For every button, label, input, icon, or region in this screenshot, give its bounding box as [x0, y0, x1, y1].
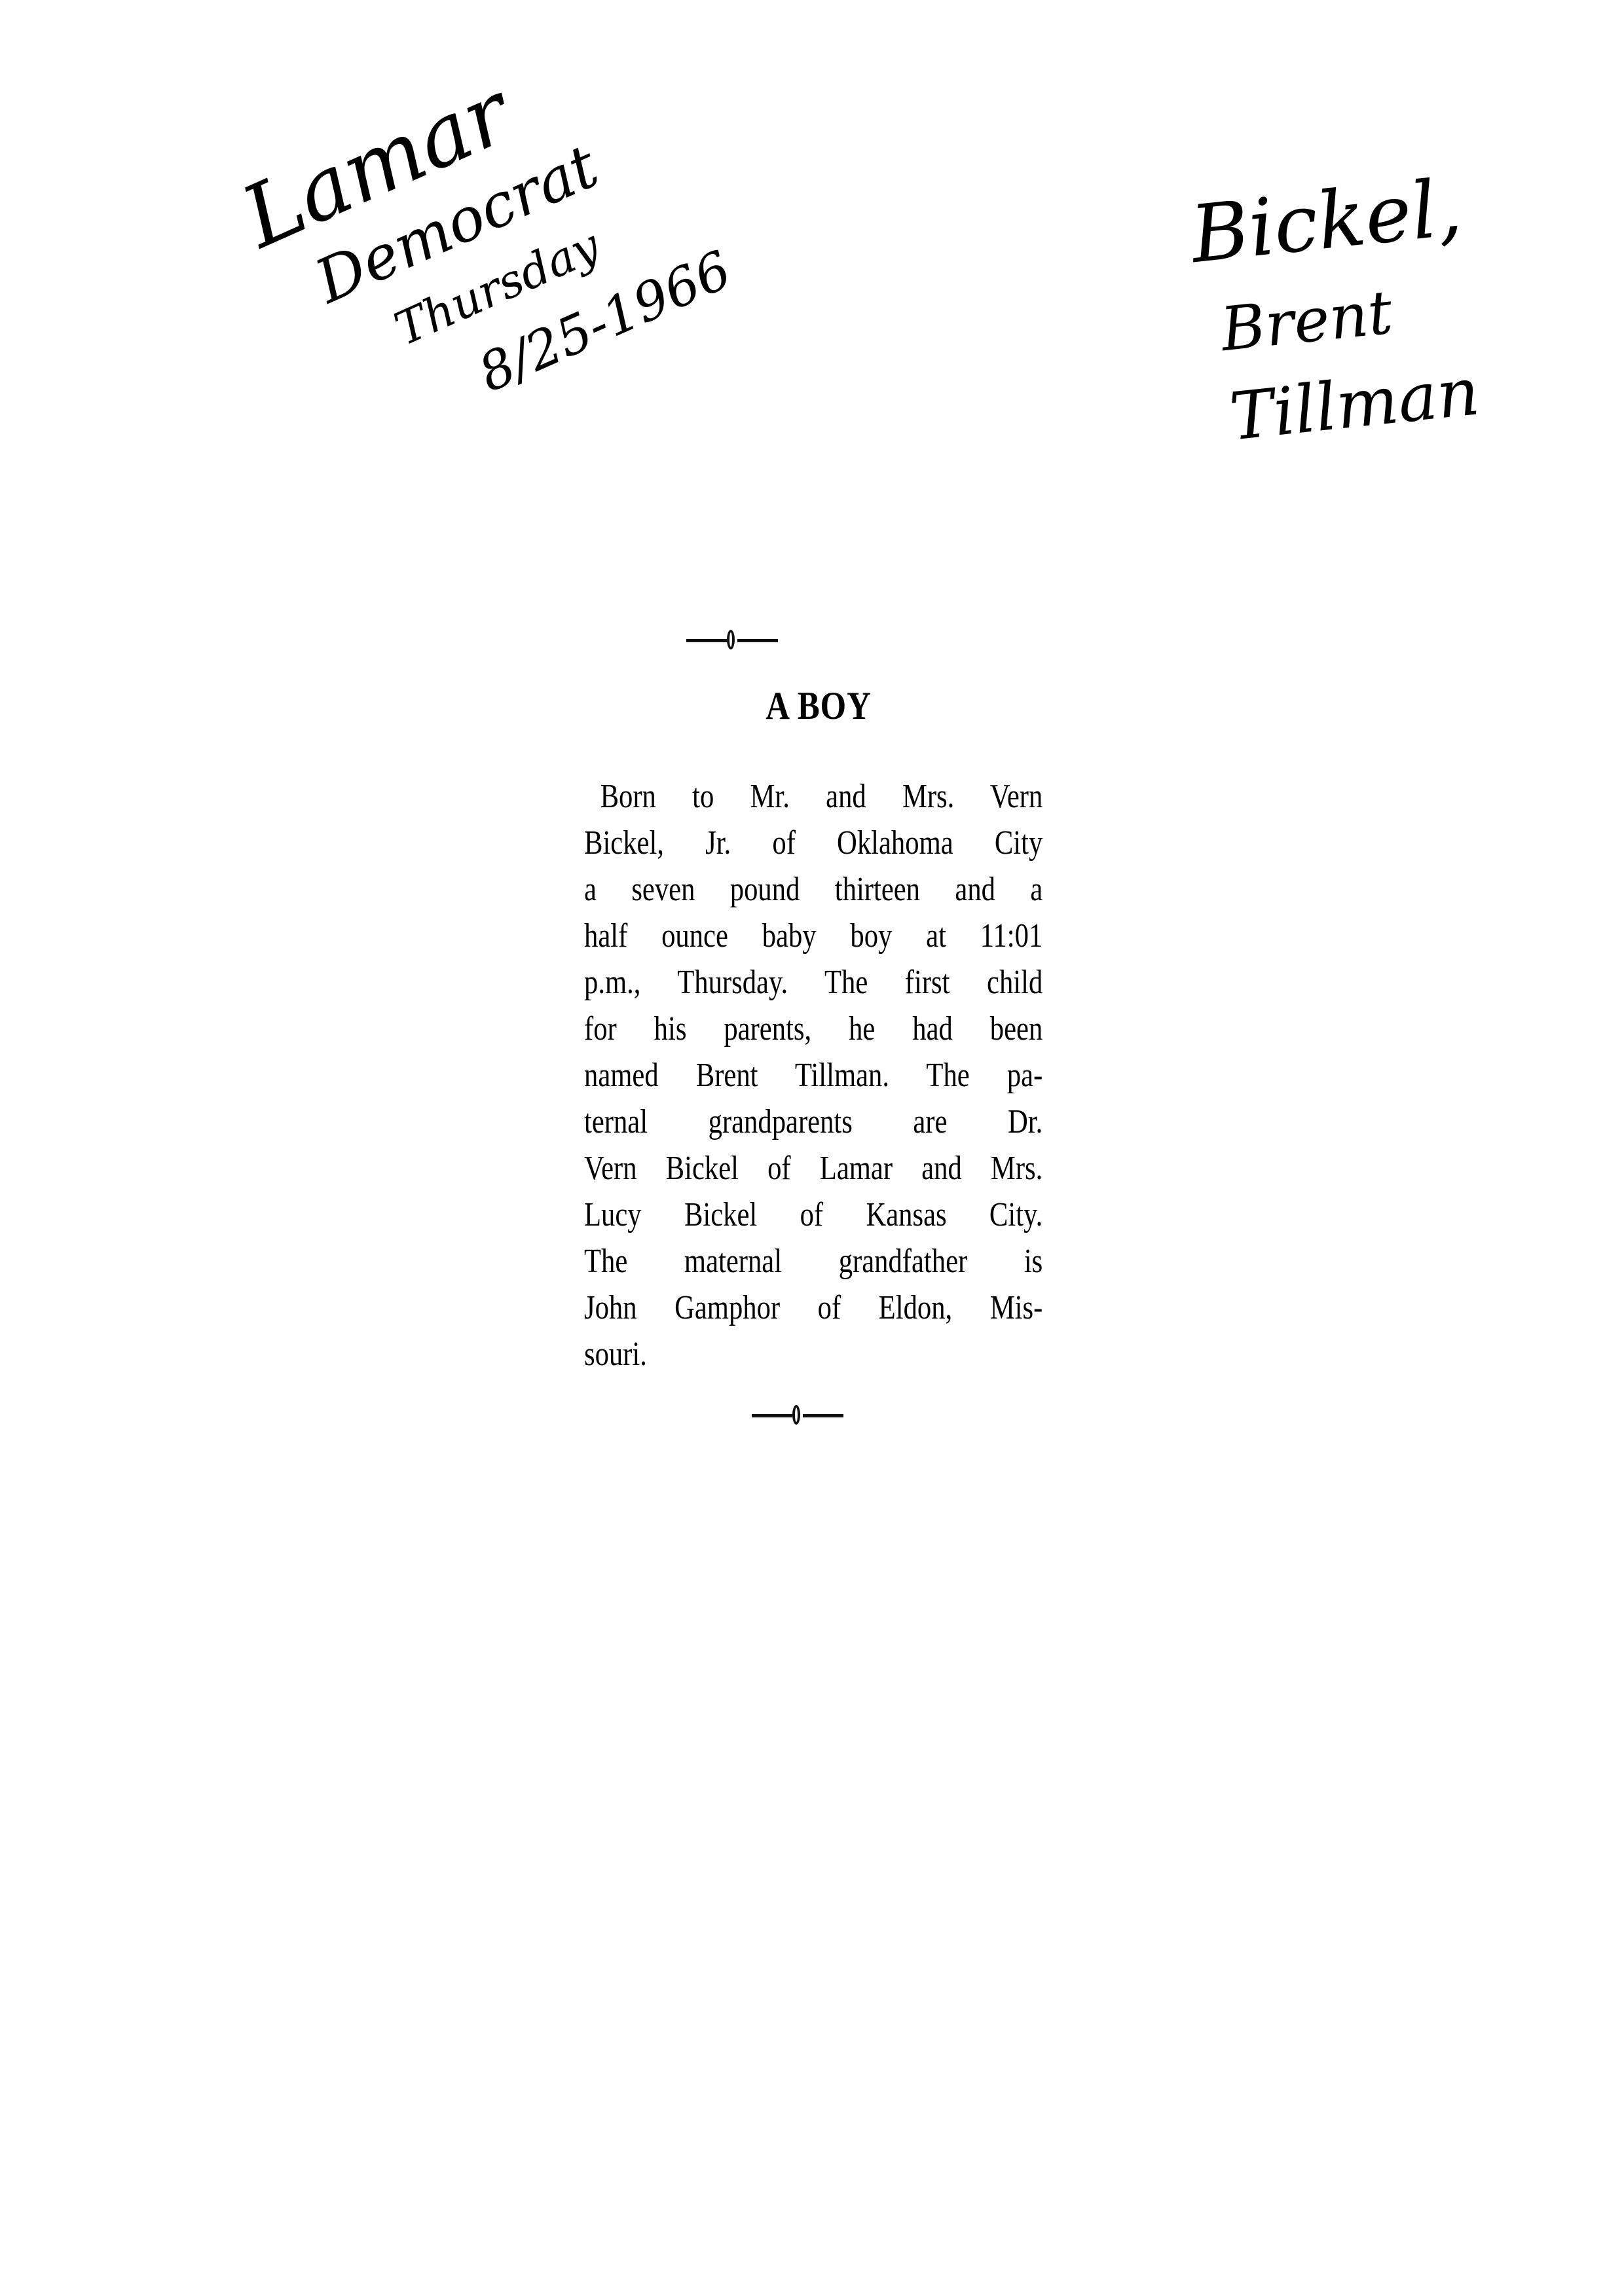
body-line: named Brent Tillman. The pa-	[584, 1052, 1043, 1099]
note-first-name: Brent	[1218, 274, 1475, 361]
body-line: ternal grandparents are Dr.	[584, 1099, 1043, 1145]
newspaper-clipping: A BOY Born to Mr. and Mrs. Vern Bickel, …	[576, 629, 1061, 1427]
divider-ring-icon	[792, 1405, 800, 1425]
note-middle-name: Tillman	[1227, 359, 1484, 450]
body-line: for his parents, he had been	[584, 1006, 1043, 1052]
divider-ring-icon	[727, 630, 735, 649]
body-line: souri.	[584, 1331, 1043, 1377]
body-line: Vern Bickel of Lamar and Mrs.	[584, 1145, 1043, 1192]
ornament-divider-top	[686, 629, 778, 652]
body-line: a seven pound thirteen and a	[584, 866, 1043, 913]
divider-rule	[752, 1414, 792, 1417]
body-line: Born to Mr. and Mrs. Vern	[584, 773, 1043, 820]
divider-rule	[686, 639, 727, 642]
divider-rule	[803, 1414, 843, 1417]
article-body: Born to Mr. and Mrs. Vern Bickel, Jr. of…	[584, 773, 1043, 1377]
ornament-divider-bottom	[752, 1404, 843, 1427]
body-line: half ounce baby boy at 11:01	[584, 913, 1043, 959]
body-line: The maternal grandfather is	[584, 1238, 1043, 1285]
headline: A BOY	[613, 683, 1025, 729]
handwritten-subject-note: Bickel, Brent Tillman	[1179, 148, 1485, 464]
note-surname: Bickel,	[1187, 169, 1465, 276]
body-line: Lucy Bickel of Kansas City.	[584, 1192, 1043, 1238]
body-line: p.m., Thursday. The first child	[584, 959, 1043, 1006]
handwritten-source-note: Lamar Democrat Thursday 8/25-1966	[223, 0, 743, 471]
body-line: John Gamphor of Eldon, Mis-	[584, 1285, 1043, 1331]
body-line: Bickel, Jr. of Oklahoma City	[584, 820, 1043, 866]
divider-rule	[737, 639, 778, 642]
